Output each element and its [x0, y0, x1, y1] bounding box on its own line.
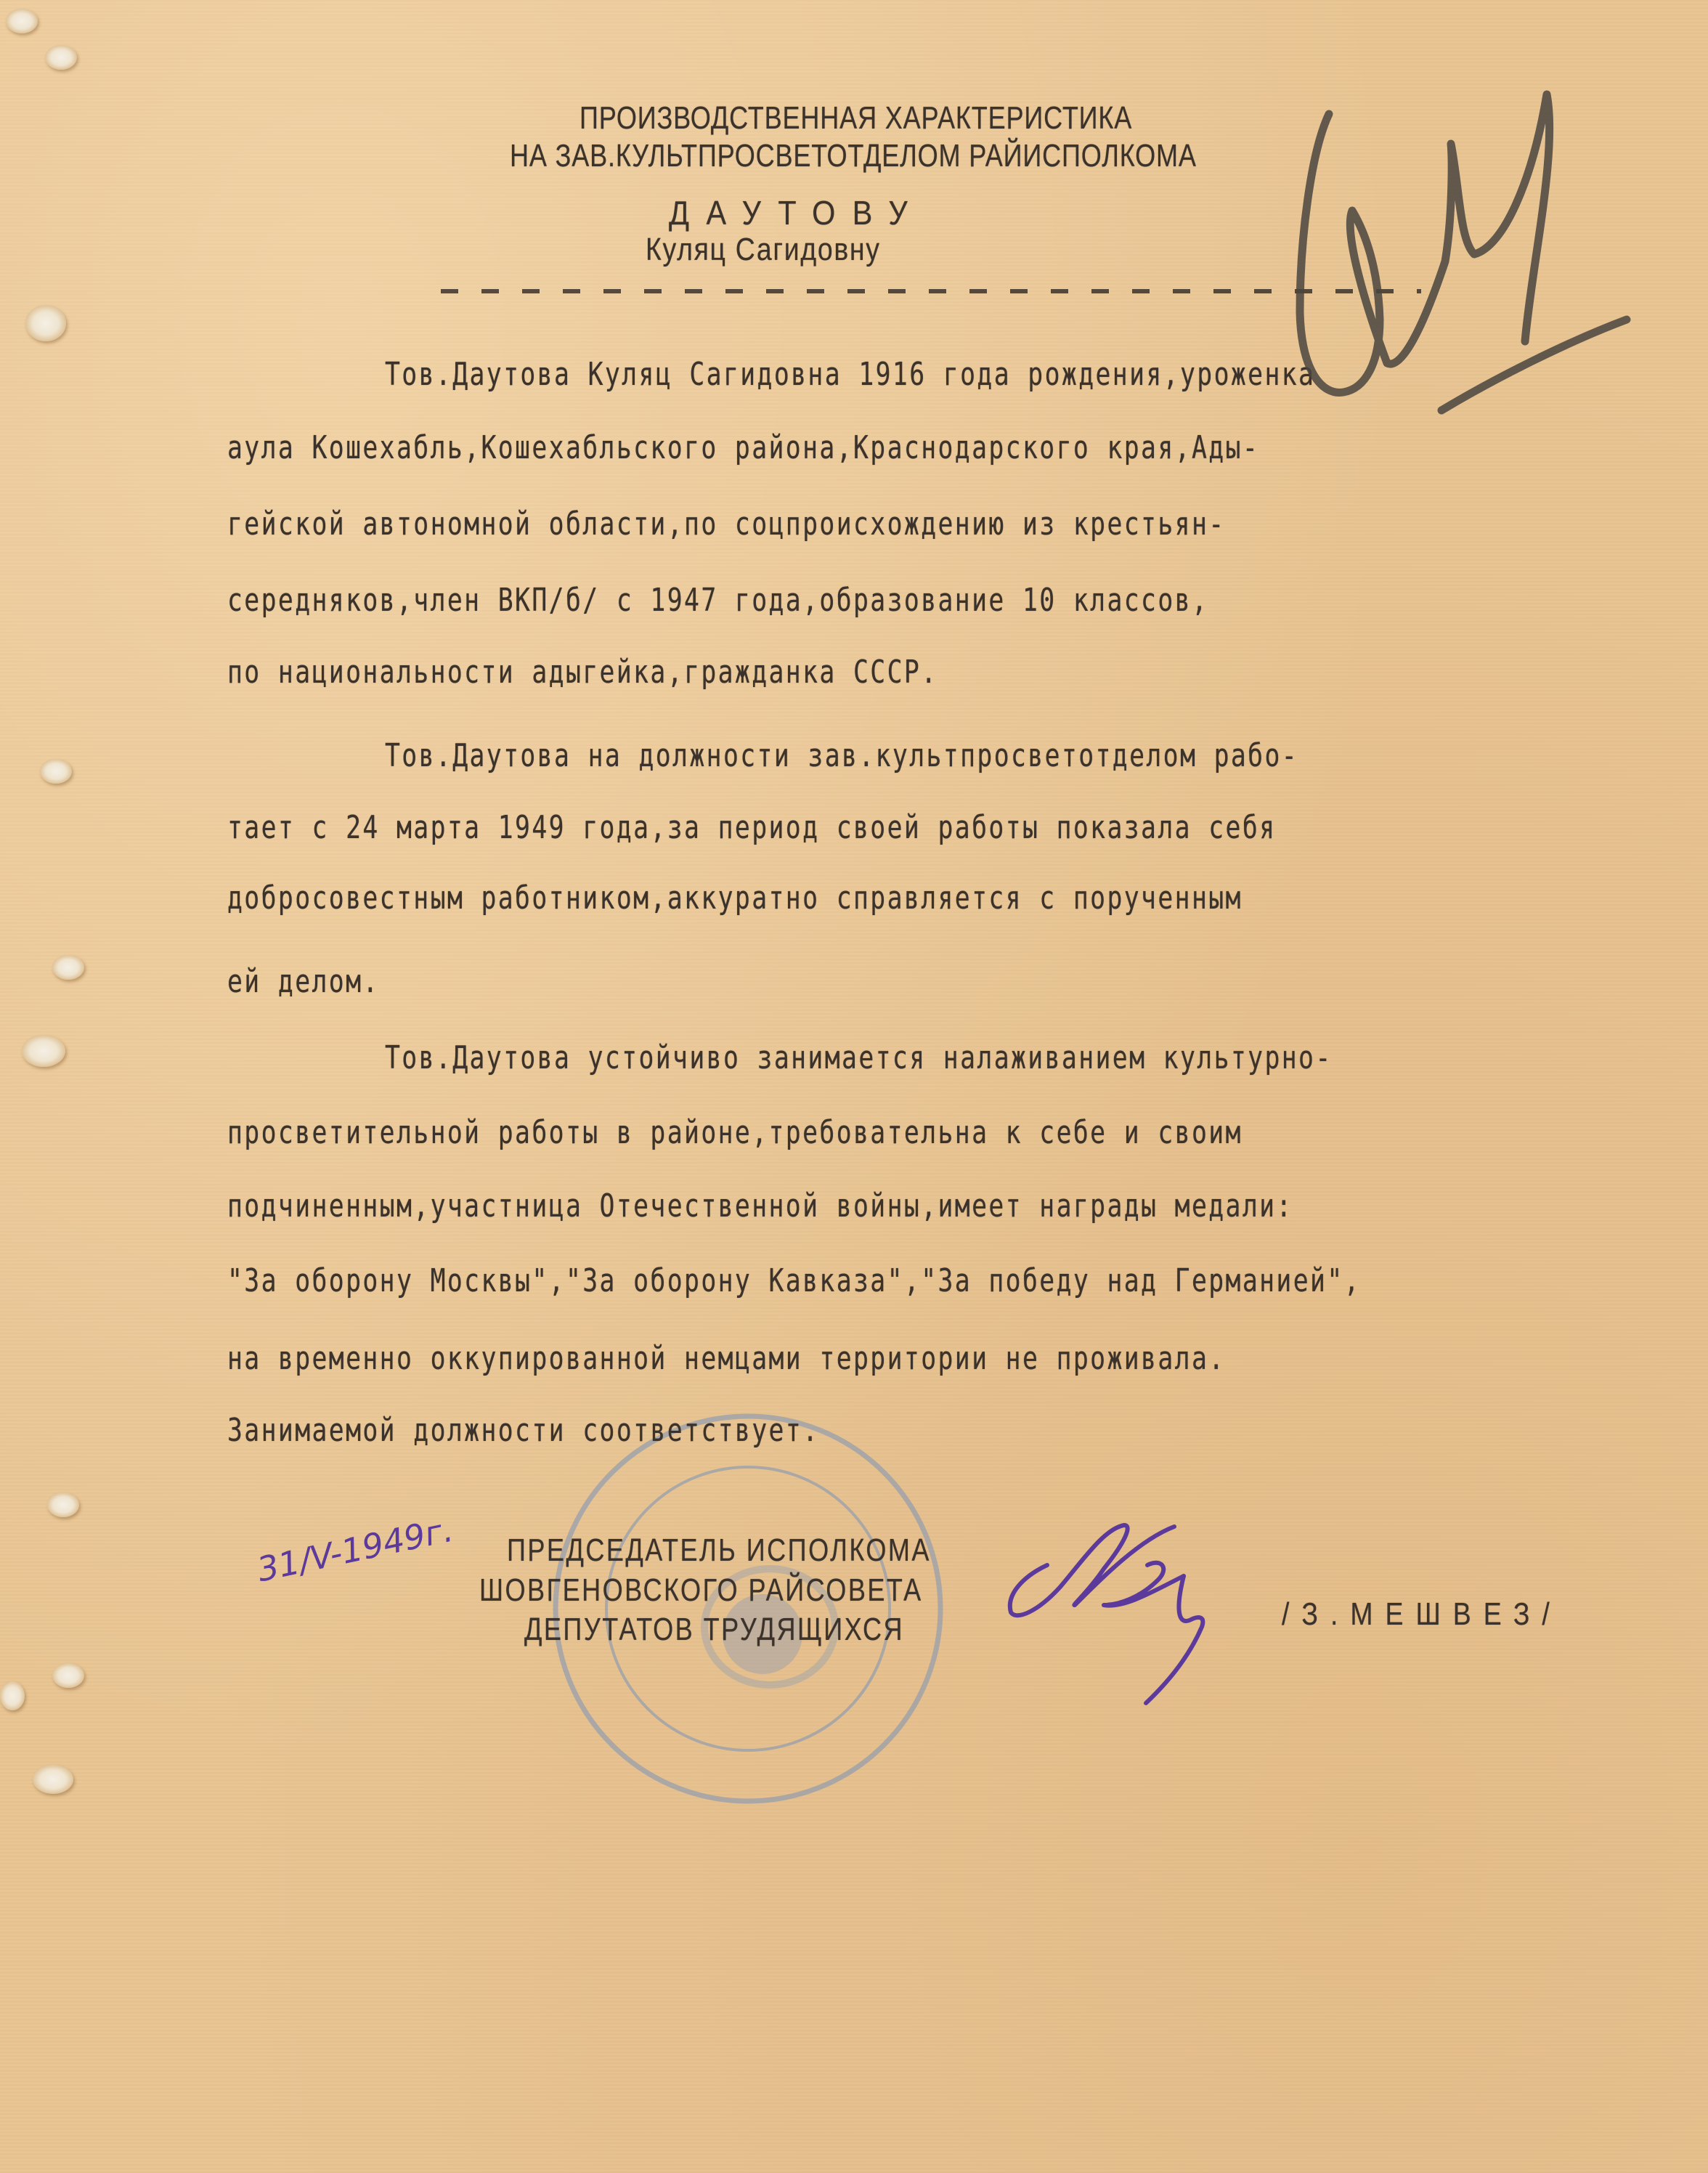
- ink-signature-icon: [1010, 1525, 1203, 1703]
- handwritten-marks: [0, 0, 1708, 2173]
- document-page: ПРОИЗВОДСТВЕННАЯ ХАРАКТЕРИСТИКА НА ЗАВ.К…: [0, 0, 1708, 2173]
- pencil-annotation-icon: [1300, 94, 1627, 410]
